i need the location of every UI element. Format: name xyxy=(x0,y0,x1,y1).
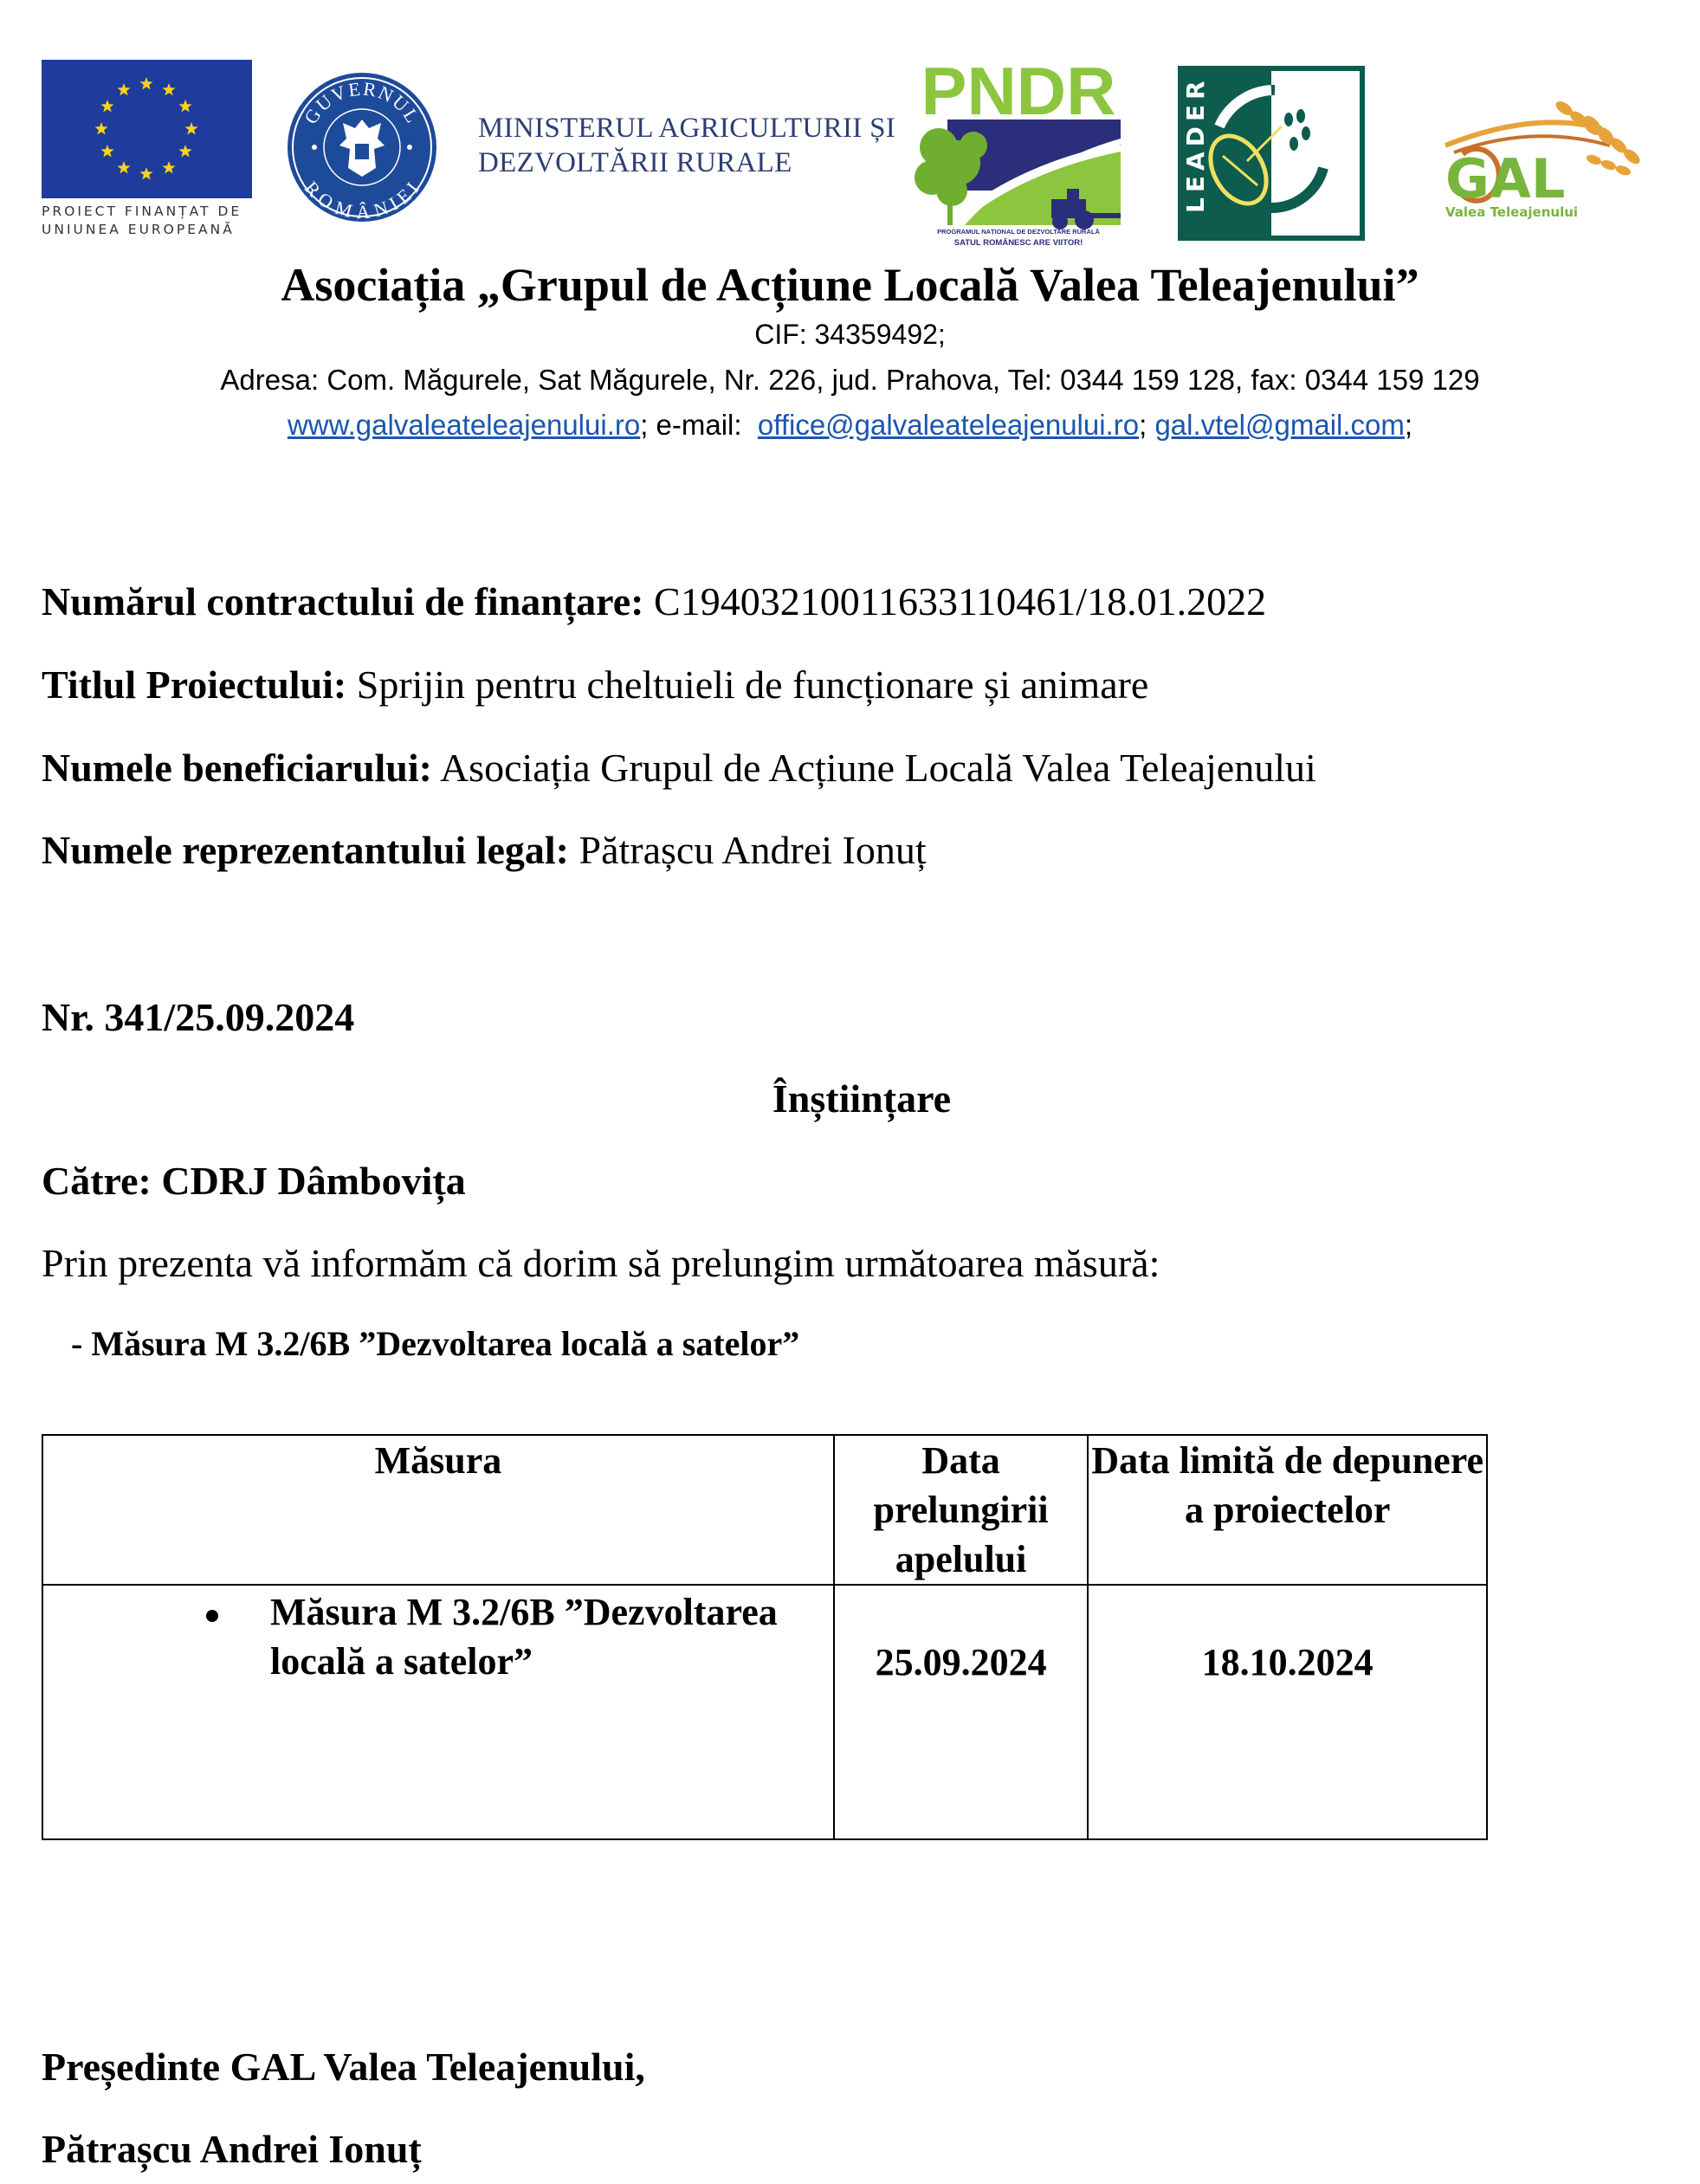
project-title-value: Sprijin pentru cheltuieli de funcționare… xyxy=(346,662,1148,707)
leader-text: LEADER xyxy=(1181,75,1210,213)
document-number: Nr. 341/25.09.2024 xyxy=(42,994,354,1040)
eu-stars-icon xyxy=(42,60,252,198)
measure-list-item: - Măsura M 3.2/6B ”Dezvoltarea locală a … xyxy=(71,1323,799,1364)
contact-links: www.galvaleateleajenului.ro; e-mail: off… xyxy=(0,409,1700,442)
representative-value: Pătrașcu Andrei Ionuț xyxy=(569,828,927,872)
pndr-title: PNDR xyxy=(921,61,1116,129)
notice-heading: Înștiințare xyxy=(0,1076,1700,1121)
table-header-row: Măsura Data prelungirii apelului Data li… xyxy=(42,1435,1487,1585)
eu-caption-line2: UNIUNEA EUROPEANĂ xyxy=(42,221,252,239)
measures-table: Măsura Data prelungirii apelului Data li… xyxy=(42,1434,1488,1840)
legal-representative-line: Numele reprezentantului legal: Pătrașcu … xyxy=(42,827,927,873)
pndr-caption2: SATUL ROMÂNESC ARE VIITOR! xyxy=(954,237,1083,247)
leader-logo: LEADER xyxy=(1178,66,1365,241)
beneficiary-line: Numele beneficiarului: Asociația Grupul … xyxy=(42,745,1316,791)
measure-name: Măsura M 3.2/6B ”Dezvoltarea locală a sa… xyxy=(270,1586,833,1686)
bullet-icon xyxy=(206,1610,218,1622)
gal-title: GAL xyxy=(1445,147,1565,210)
cell-measure: Măsura M 3.2/6B ”Dezvoltarea locală a sa… xyxy=(42,1585,834,1839)
beneficiary-value: Asociația Grupul de Acțiune Locală Valea… xyxy=(432,746,1316,790)
gal-logo: GAL Valea Teleajenului xyxy=(1428,76,1662,223)
gal-subtitle: Valea Teleajenului xyxy=(1445,204,1578,220)
cell-deadline: 18.10.2024 xyxy=(1088,1585,1487,1839)
project-title-line: Titlul Proiectului: Sprijin pentru chelt… xyxy=(42,662,1148,708)
pndr-caption1: PROGRAMUL NAȚIONAL DE DEZVOLTARE RURALĂ xyxy=(937,228,1100,236)
table-row: Măsura M 3.2/6B ”Dezvoltarea locală a sa… xyxy=(42,1585,1487,1839)
header-measure: Măsura xyxy=(42,1435,834,1585)
gmail-email-link[interactable]: gal.vtel@gmail.com xyxy=(1154,409,1404,441)
eu-caption: PROIECT FINANȚAT DE UNIUNEA EUROPEANĂ xyxy=(42,203,252,239)
email-label: ; e-mail: xyxy=(640,409,758,441)
cif-number: CIF: 34359492; xyxy=(0,319,1700,351)
separator: ; xyxy=(1139,409,1154,441)
signature-title: Președinte GAL Valea Teleajenului, xyxy=(42,2044,645,2090)
website-link[interactable]: www.galvaleateleajenului.ro xyxy=(288,409,640,441)
beneficiary-label: Numele beneficiarului: xyxy=(42,746,432,790)
office-email-link[interactable]: office@galvaleateleajenului.ro xyxy=(758,409,1139,441)
contract-value: C19403210011633110461/18.01.2022 xyxy=(644,579,1267,624)
eu-caption-line1: PROIECT FINANȚAT DE xyxy=(42,203,252,221)
project-title-label: Titlul Proiectului: xyxy=(42,662,346,707)
intro-paragraph: Prin prezenta vă informăm că dorim să pr… xyxy=(42,1240,1160,1286)
end-semicolon: ; xyxy=(1405,409,1412,441)
signature-name: Pătrașcu Andrei Ionuț xyxy=(42,2126,422,2172)
representative-label: Numele reprezentantului legal: xyxy=(42,828,569,872)
header-extension-date: Data prelungirii apelului xyxy=(834,1435,1089,1585)
header-deadline: Data limită de depunere a proiectelor xyxy=(1088,1435,1487,1585)
contract-number-line: Numărul contractului de finanțare: C1940… xyxy=(42,578,1266,624)
government-seal-logo: GUVERNUL ROMÂNIEI xyxy=(286,71,438,223)
ministry-line1: MINISTERUL AGRICULTURII ȘI xyxy=(478,111,895,145)
recipient: Către: CDRJ Dâmbovița xyxy=(42,1158,466,1204)
ministry-line2: DEZVOLTĂRII RURALE xyxy=(478,145,895,180)
contract-label: Numărul contractului de finanțare: xyxy=(42,579,644,624)
eu-flag-logo xyxy=(42,60,252,198)
ministry-logo-text: MINISTERUL AGRICULTURII ȘI DEZVOLTĂRII R… xyxy=(478,111,895,180)
cell-extension-date: 25.09.2024 xyxy=(834,1585,1089,1839)
organization-title: Asociația „Grupul de Acțiune Locală Vale… xyxy=(0,258,1700,312)
pndr-logo: PNDR PROGRAMUL NAȚIONAL DE DEZVOLTARE RU… xyxy=(913,61,1125,247)
address-line: Adresa: Com. Măgurele, Sat Măgurele, Nr.… xyxy=(0,364,1700,397)
